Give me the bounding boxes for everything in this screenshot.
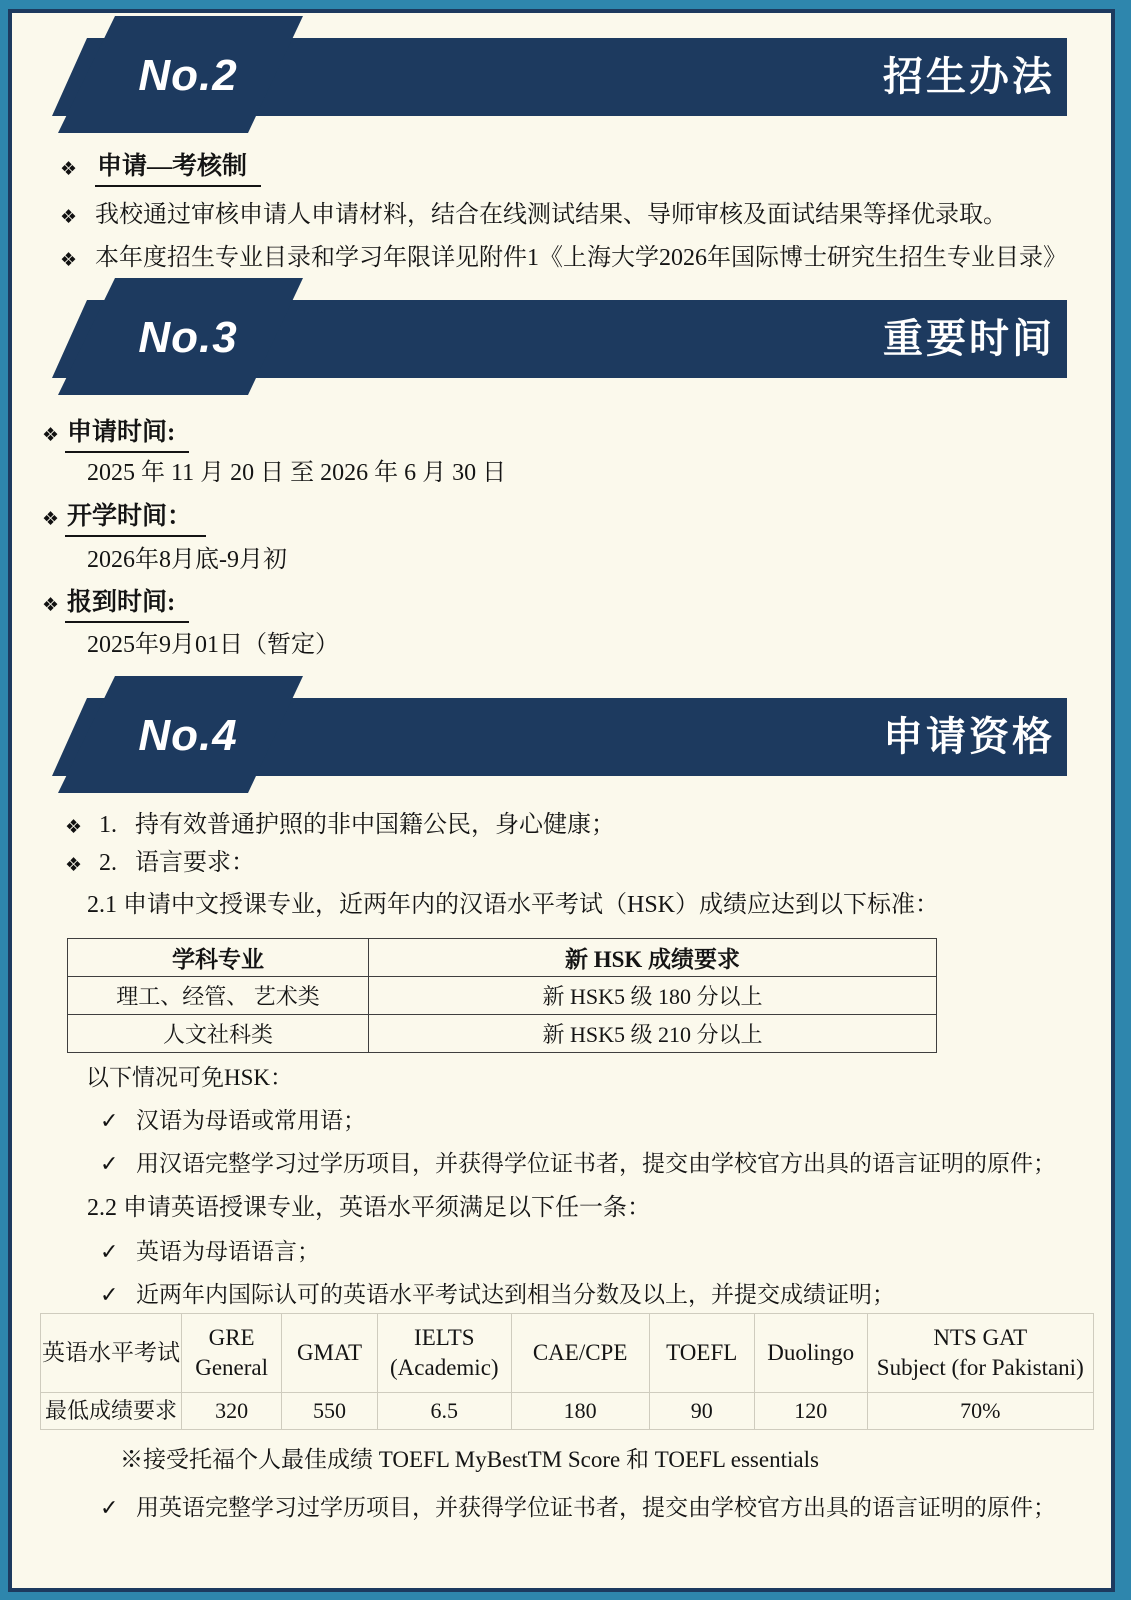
table-row: 人文社科类 新 HSK5 级 210 分以上 bbox=[68, 1015, 937, 1053]
s4-item-passport-text: 持有效普通护照的非中国籍公民，身心健康； bbox=[135, 810, 615, 840]
diamond-bullet-icon: ❖ bbox=[60, 154, 77, 184]
table-row: 最低成绩要求 320 550 6.5 180 90 120 70% bbox=[41, 1393, 1094, 1430]
document-page: No.2 招生办法 ❖ 申请—考核制 ❖ 我校通过审核申请人申请材料，结合在线测… bbox=[8, 9, 1115, 1592]
hsk-score-table: 学科专业 新 HSK 成绩要求 理工、经管、 艺术类 新 HSK5 级 180 … bbox=[67, 938, 937, 1053]
table-row: 学科专业 新 HSK 成绩要求 bbox=[68, 939, 937, 977]
hsk-cell-subject: 人文社科类 bbox=[68, 1015, 369, 1053]
banner-no2-number: No.2 bbox=[108, 38, 268, 116]
hsk-cell-score: 新 HSK5 级 210 分以上 bbox=[369, 1015, 937, 1053]
hsk-col-subject-header: 学科专业 bbox=[68, 939, 369, 977]
eng-cell-toefl: 90 bbox=[649, 1393, 754, 1430]
banner-no2: No.2 招生办法 bbox=[12, 16, 1111, 133]
banner-no4-title: 申请资格 bbox=[883, 698, 1055, 776]
check-icon: ✓ bbox=[100, 1107, 118, 1137]
s4-item-language-num: 2. bbox=[99, 848, 117, 878]
eng-col-duolingo-header: Duolingo bbox=[754, 1314, 867, 1393]
diamond-bullet-icon: ❖ bbox=[60, 245, 77, 275]
s3-start-time-value: 2026年8月底-9月初 bbox=[87, 545, 287, 575]
banner-no3-title: 重要时间 bbox=[883, 300, 1055, 378]
table-row: 理工、经管、 艺术类 新 HSK5 级 180 分以上 bbox=[68, 977, 937, 1015]
banner-no3: No.3 重要时间 bbox=[12, 278, 1111, 395]
s4-check-english-degree-text: 用英语完整学习过学历项目，并获得学位证书者，提交由学校官方出具的语言证明的原件； bbox=[136, 1493, 1056, 1523]
s4-check-chinese-degree-text: 用汉语完整学习过学历项目，并获得学位证书者，提交由学校官方出具的语言证明的原件； bbox=[136, 1149, 1056, 1179]
s4-check-native-english-text: 英语为母语语言； bbox=[136, 1237, 320, 1267]
hsk-cell-subject: 理工、经管、 艺术类 bbox=[68, 977, 369, 1015]
s4-item-language-text: 语言要求： bbox=[135, 848, 255, 878]
check-icon: ✓ bbox=[100, 1281, 118, 1311]
check-icon: ✓ bbox=[100, 1238, 118, 1268]
s3-register-time-value: 2025年9月01日（暂定） bbox=[87, 630, 339, 660]
eng-col-gmat-header: GMAT bbox=[282, 1314, 378, 1393]
eng-col-toefl-header: TOEFL bbox=[649, 1314, 754, 1393]
s3-register-time-label: 报到时间: bbox=[65, 588, 189, 623]
diamond-bullet-icon: ❖ bbox=[60, 202, 77, 232]
diamond-bullet-icon: ❖ bbox=[65, 850, 82, 880]
s4-hsk-exempt-intro: 以下情况可免HSK： bbox=[86, 1063, 293, 1093]
s2-item-catalog-text: 本年度招生专业目录和学习年限详见附件1《上海大学2026年国际博士研究生招生专业… bbox=[95, 243, 1067, 273]
s3-apply-time-value: 2025 年 11 月 20 日 至 2026 年 6 月 30 日 bbox=[87, 458, 506, 488]
eng-col-ielts-header: IELTS (Academic) bbox=[377, 1314, 511, 1393]
table-row: 英语水平考试 GRE General GMAT IELTS (Academic)… bbox=[41, 1314, 1094, 1393]
banner-no2-title: 招生办法 bbox=[883, 38, 1055, 116]
eng-cell-gmat: 550 bbox=[282, 1393, 378, 1430]
english-test-table: 英语水平考试 GRE General GMAT IELTS (Academic)… bbox=[40, 1313, 1094, 1430]
eng-col-ntsgat-header: NTS GAT Subject (for Pakistani) bbox=[867, 1314, 1093, 1393]
s3-apply-time-label: 申请时间: bbox=[65, 418, 189, 453]
banner-no3-number: No.3 bbox=[108, 300, 268, 378]
s4-sub-2-2: 2.2 申请英语授课专业，英语水平须满足以下任一条： bbox=[87, 1193, 651, 1223]
eng-cell-ielts: 6.5 bbox=[377, 1393, 511, 1430]
diamond-bullet-icon: ❖ bbox=[42, 420, 59, 450]
s4-toefl-note: ※接受托福个人最佳成绩 TOEFL MyBestTM Score 和 TOEFL… bbox=[120, 1445, 819, 1475]
eng-col-test-header: 英语水平考试 bbox=[41, 1314, 182, 1393]
admission-poster-page: { "colors":{"frame_teal":"#2e86ad","bann… bbox=[0, 0, 1131, 1600]
eng-cell-gre: 320 bbox=[182, 1393, 282, 1430]
check-icon: ✓ bbox=[100, 1150, 118, 1180]
s4-item-passport-num: 1. bbox=[99, 810, 117, 840]
eng-cell-minscore-label: 最低成绩要求 bbox=[41, 1393, 182, 1430]
eng-cell-caecpe: 180 bbox=[511, 1393, 649, 1430]
eng-cell-ntsgat: 70% bbox=[867, 1393, 1093, 1430]
check-icon: ✓ bbox=[100, 1494, 118, 1524]
hsk-col-score-header: 新 HSK 成绩要求 bbox=[369, 939, 937, 977]
eng-cell-duolingo: 120 bbox=[754, 1393, 867, 1430]
s2-item-review-process-text: 我校通过审核申请人申请材料，结合在线测试结果、导师审核及面试结果等择优录取。 bbox=[95, 200, 1007, 230]
diamond-bullet-icon: ❖ bbox=[65, 812, 82, 842]
s3-start-time-label: 开学时间： bbox=[65, 502, 206, 537]
s2-item-exam-system-text: 申请—考核制 bbox=[95, 152, 261, 187]
banner-no4: No.4 申请资格 bbox=[12, 676, 1111, 793]
s4-check-english-test-text: 近两年内国际认可的英语水平考试达到相当分数及以上，并提交成绩证明； bbox=[136, 1280, 895, 1310]
eng-col-gre-header: GRE General bbox=[182, 1314, 282, 1393]
banner-no4-number: No.4 bbox=[108, 698, 268, 776]
s4-sub-2-1: 2.1 申请中文授课专业，近两年内的汉语水平考试（HSK）成绩应达到以下标准： bbox=[87, 890, 939, 920]
hsk-cell-score: 新 HSK5 级 180 分以上 bbox=[369, 977, 937, 1015]
s4-check-native-chinese-text: 汉语为母语或常用语； bbox=[136, 1106, 366, 1136]
diamond-bullet-icon: ❖ bbox=[42, 590, 59, 620]
eng-col-caecpe-header: CAE/CPE bbox=[511, 1314, 649, 1393]
diamond-bullet-icon: ❖ bbox=[42, 504, 59, 534]
